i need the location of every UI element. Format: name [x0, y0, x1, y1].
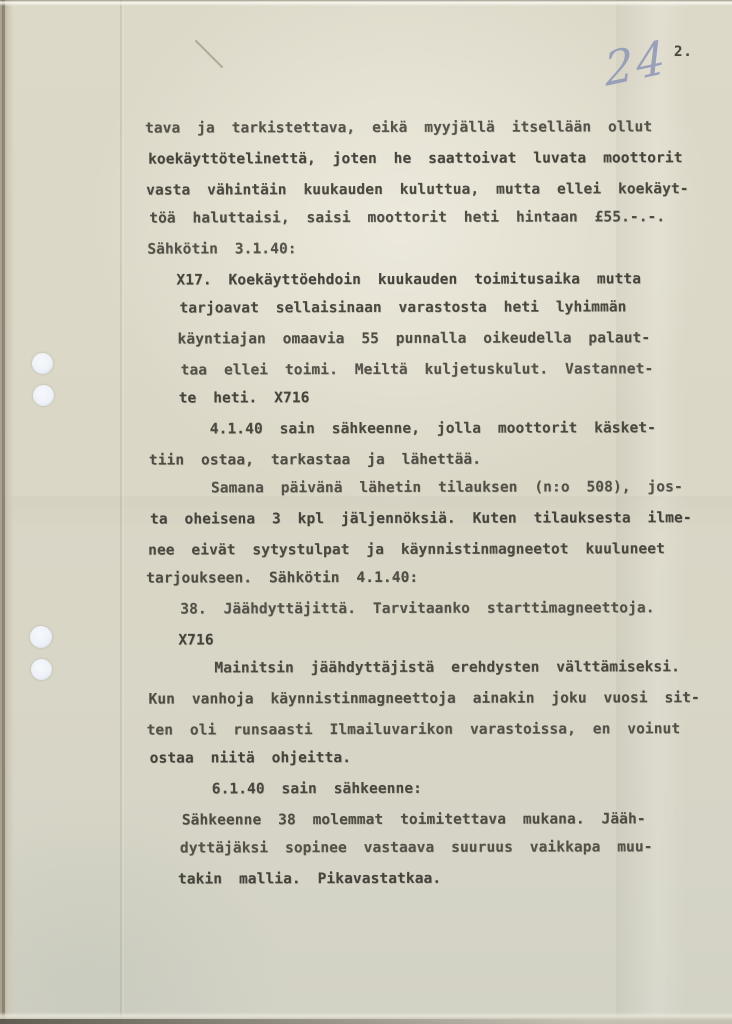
text-line: käyntiajan omaavia 55 punnalla oikeudell…	[178, 329, 651, 348]
text-line: 6.1.40 sain sähkeenne:	[212, 780, 422, 799]
text-line: Mainitsin jäähdyttäjistä erehdysten vält…	[214, 658, 680, 677]
text-line: vasta vähintäin kuukauden kuluttua, mutt…	[146, 180, 689, 199]
text-line: taa ellei toimi. Meiltä kuljetuskulut. V…	[181, 360, 654, 379]
text-line: tava ja tarkistettava, eikä myyjällä its…	[145, 118, 652, 137]
text-line: Kun vanhoja käynnistinmagneettoja ainaki…	[148, 689, 699, 708]
text-line: tarjoavat sellaisinaan varastosta heti l…	[179, 298, 626, 317]
text-line: tarjoukseen. Sähkötin 4.1.40:	[146, 569, 418, 588]
scanned-document-page: 24 2. tava ja tarkistettava, eikä myyjäl…	[0, 0, 732, 1024]
text-line: X17. Koekäyttöehdoin kuukauden toimitusa…	[176, 270, 641, 289]
text-line: Sähkötin 3.1.40:	[147, 240, 296, 258]
text-line: te heti. X716	[179, 389, 310, 407]
text-line: töä haluttaisi, saisi moottorit heti hin…	[149, 208, 665, 227]
text-line: ostaa niitä ohjeitta.	[150, 749, 351, 768]
typewritten-text-block: tava ja tarkistettava, eikä myyjällä its…	[0, 0, 732, 1024]
text-line: koekäyttötelinettä, joten he saattoivat …	[148, 149, 683, 168]
text-line: tiin ostaa, tarkastaa ja lähettää.	[149, 451, 481, 470]
text-line: ten oli runsaasti Ilmailuvarikon varasto…	[147, 720, 681, 739]
text-line: nee eivät sytystulpat ja käynnistinmagne…	[148, 540, 665, 559]
text-line: ta oheisena 3 kpl jäljennöksiä. Kuten ti…	[150, 509, 692, 528]
text-line: dyttäjäksi sopinee vastaava suuruus vaik…	[180, 838, 653, 857]
text-line: takin mallia. Pikavastatkaa.	[178, 870, 441, 889]
text-line: Samana päivänä lähetin tilauksen (n:o 50…	[211, 478, 683, 497]
text-line: 4.1.40 sain sähkeenne, jolla moottorit k…	[210, 419, 656, 438]
text-line: Sähkeenne 38 molemmat toimitettava mukan…	[182, 810, 646, 829]
text-line: X716	[178, 631, 213, 649]
text-line: 38. Jäähdyttäjittä. Tarvitaanko starttim…	[180, 599, 654, 618]
